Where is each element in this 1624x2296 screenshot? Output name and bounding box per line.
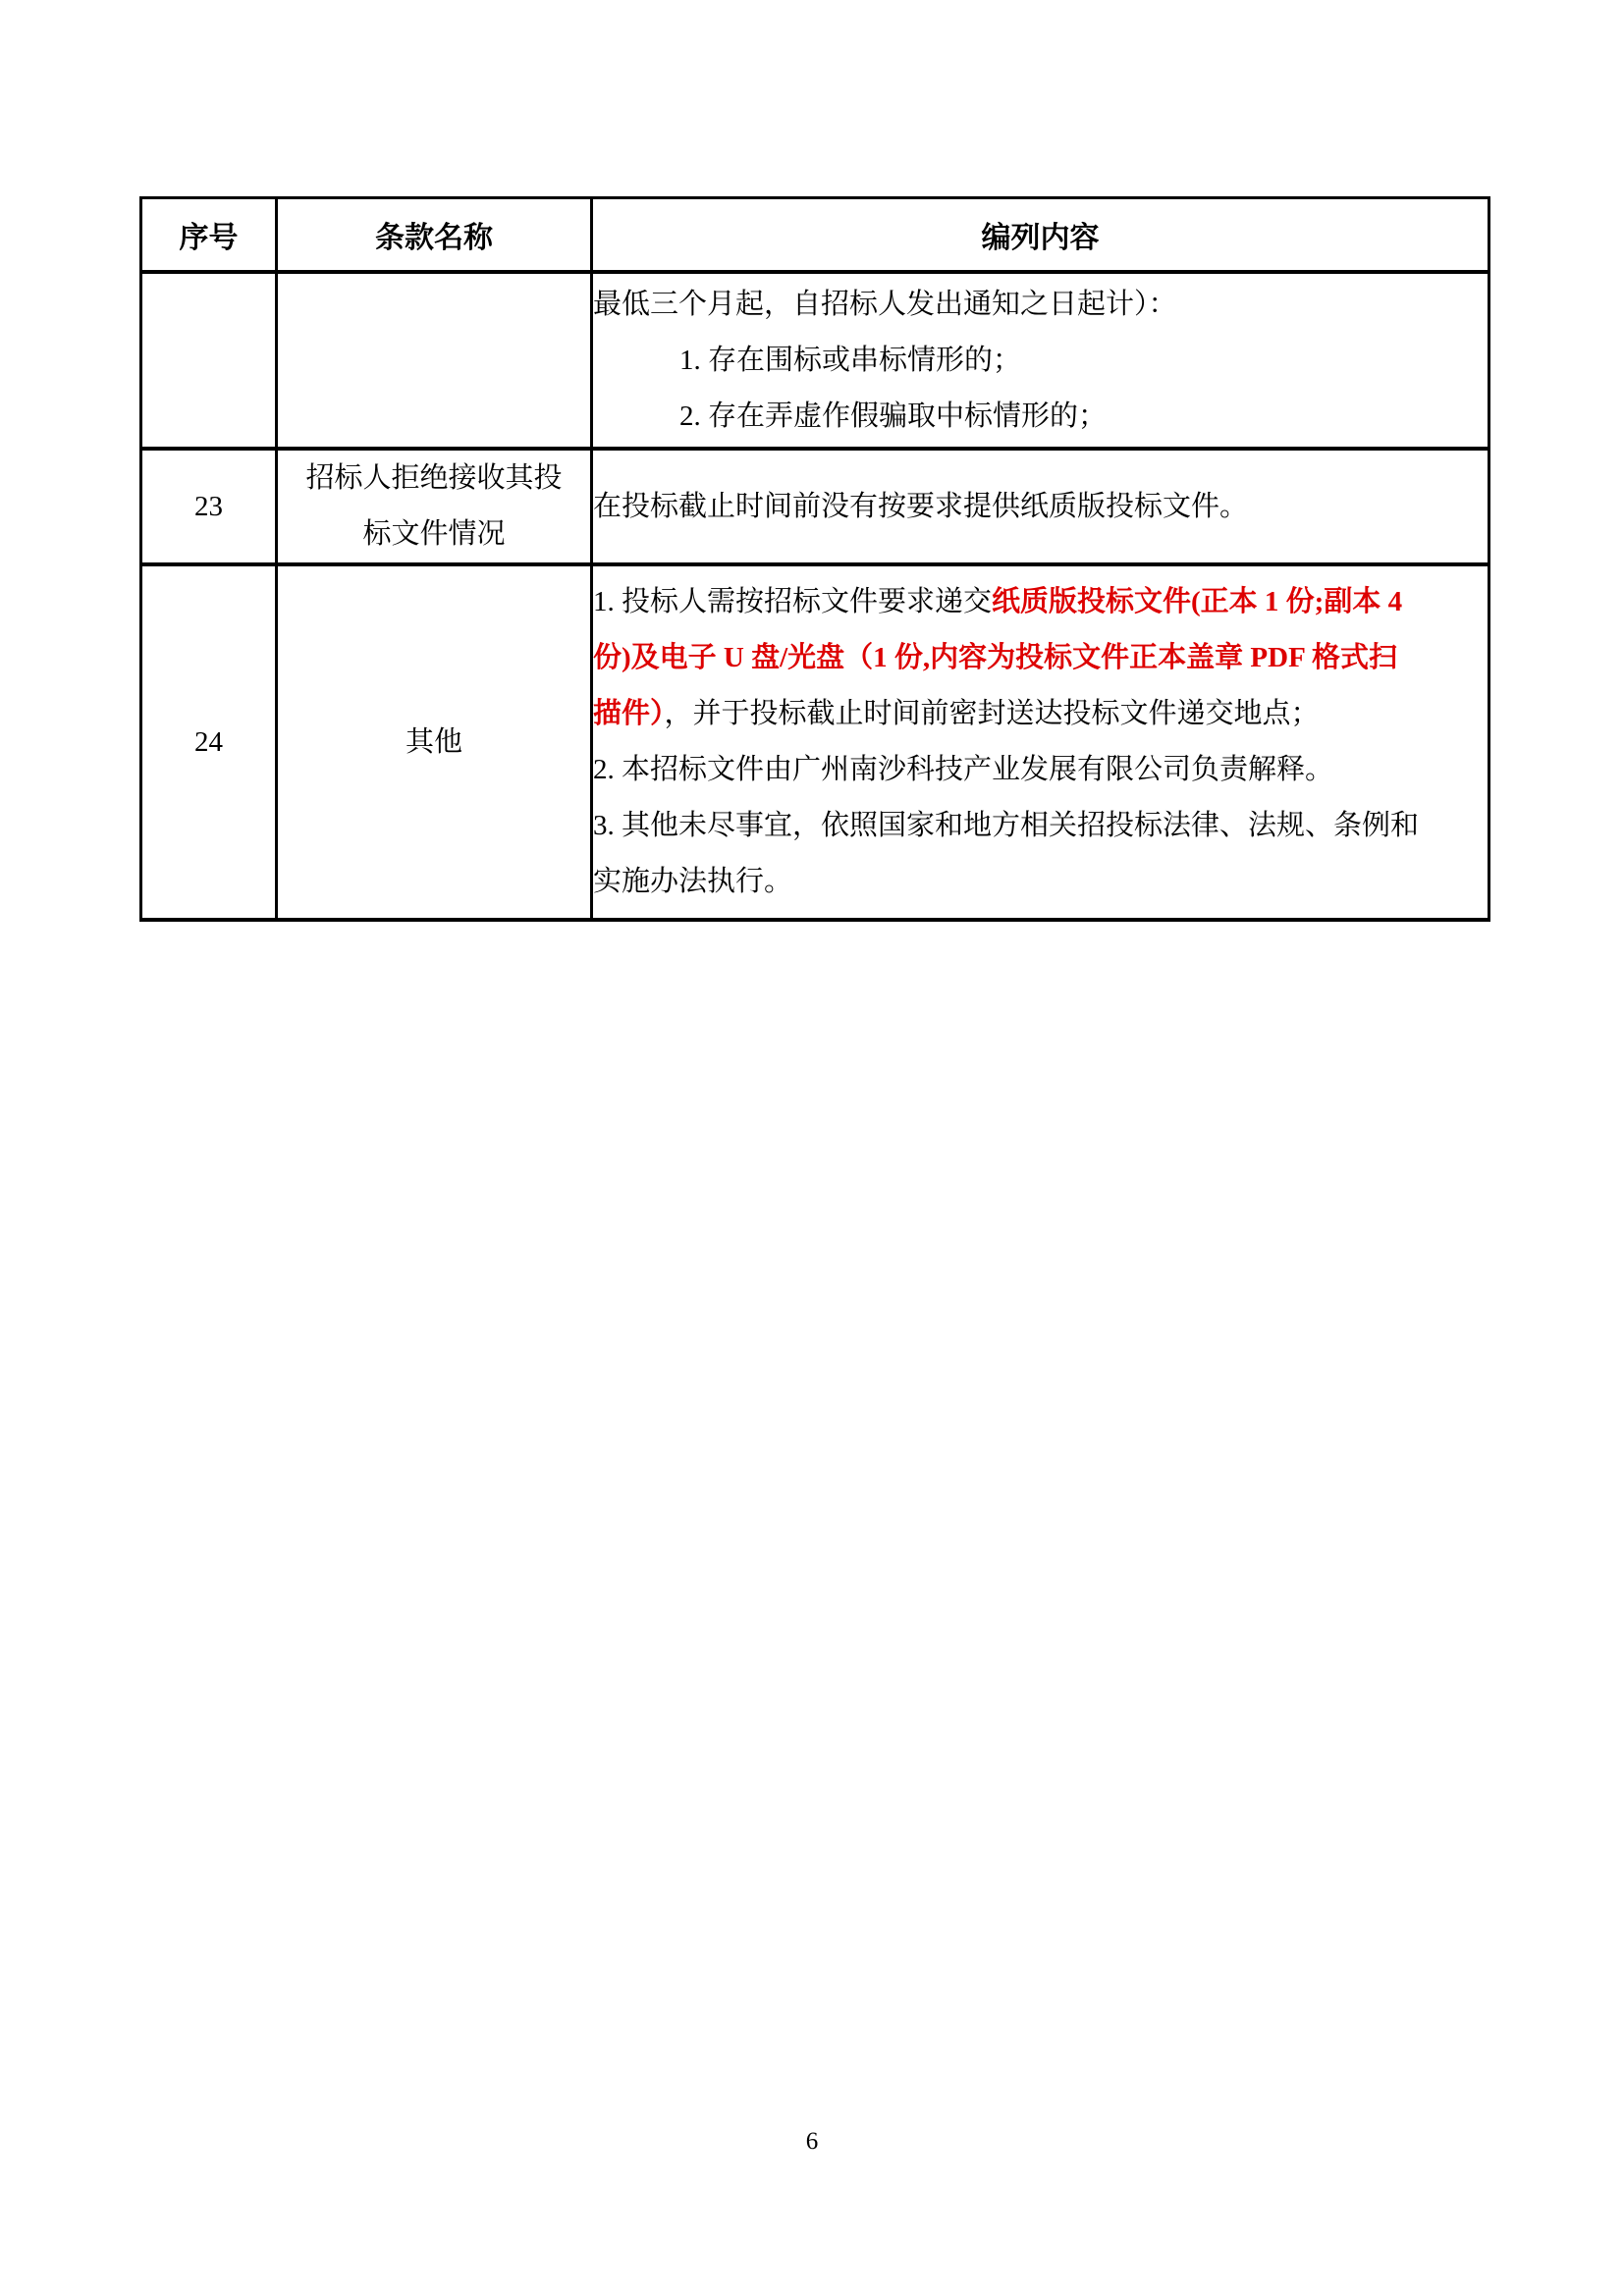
content-line: 3. 其他未尽事宜，依照国家和地方相关招投标法律、法规、条例和 [593, 798, 1488, 854]
clause-name-line: 标文件情况 [278, 507, 590, 562]
header-serial: 序号 [141, 198, 277, 273]
clauses-table: 序号 条款名称 编列内容 最低三个月起，自招标人发出通知之日起计）：1. 存在围… [139, 196, 1490, 922]
row-serial: 24 [141, 564, 277, 920]
content-text: 1. 投标人需按招标文件要求递交 [593, 586, 992, 617]
content-text: 2. 存在弄虚作假骗取中标情形的； [679, 400, 1107, 432]
highlighted-red-text: 份)及电子 U 盘/光盘（1 份,内容为投标文件正本盖章 PDF 格式扫 [593, 642, 1397, 673]
row-clause-name [277, 272, 592, 449]
table-header: 序号 条款名称 编列内容 [141, 198, 1489, 273]
content-text: 实施办法执行。 [593, 866, 792, 897]
content-text: 2. 本招标文件由广州南沙科技产业发展有限公司负责解释。 [593, 754, 1333, 785]
page-number: 6 [0, 2128, 1624, 2156]
content-text: 1. 存在围标或串标情形的； [679, 345, 1021, 376]
content-line: 2. 存在弄虚作假骗取中标情形的； [593, 389, 1488, 445]
content-text: 在投标截止时间前没有按要求提供纸质版投标文件。 [593, 491, 1248, 522]
clause-name-line: 招标人拒绝接收其投 [278, 451, 590, 507]
content-line: 1. 存在围标或串标情形的； [593, 333, 1488, 389]
highlighted-red-text: 纸质版投标文件(正本 1 份;副本 4 [992, 586, 1402, 617]
content-text: 3. 其他未尽事宜，依照国家和地方相关招投标法律、法规、条例和 [593, 810, 1419, 841]
table-header-row: 序号 条款名称 编列内容 [141, 198, 1489, 273]
row-clause-name: 其他 [277, 564, 592, 920]
header-clause-name: 条款名称 [277, 198, 592, 273]
table-row: 24其他1. 投标人需按招标文件要求递交纸质版投标文件(正本 1 份;副本 4份… [141, 564, 1489, 920]
content-text: 最低三个月起，自招标人发出通知之日起计）： [593, 289, 1177, 320]
content-line: 1. 投标人需按招标文件要求递交纸质版投标文件(正本 1 份;副本 4 [593, 574, 1488, 630]
content-line: 描件），并于投标截止时间前密封送达投标文件递交地点； [593, 686, 1488, 742]
highlighted-red-text: 描件） [593, 698, 665, 729]
table-row: 最低三个月起，自招标人发出通知之日起计）：1. 存在围标或串标情形的；2. 存在… [141, 272, 1489, 449]
header-content: 编列内容 [592, 198, 1489, 273]
content-line: 最低三个月起，自招标人发出通知之日起计）： [593, 277, 1488, 333]
table-body: 最低三个月起，自招标人发出通知之日起计）：1. 存在围标或串标情形的；2. 存在… [141, 272, 1489, 920]
row-serial [141, 272, 277, 449]
row-content: 1. 投标人需按招标文件要求递交纸质版投标文件(正本 1 份;副本 4份)及电子… [592, 564, 1489, 920]
row-content: 最低三个月起，自招标人发出通知之日起计）：1. 存在围标或串标情形的；2. 存在… [592, 272, 1489, 449]
clause-name-line: 其他 [278, 715, 590, 771]
table-row: 23招标人拒绝接收其投标文件情况在投标截止时间前没有按要求提供纸质版投标文件。 [141, 449, 1489, 564]
row-content: 在投标截止时间前没有按要求提供纸质版投标文件。 [592, 449, 1489, 564]
content-line: 在投标截止时间前没有按要求提供纸质版投标文件。 [593, 479, 1488, 535]
content-line: 2. 本招标文件由广州南沙科技产业发展有限公司负责解释。 [593, 742, 1488, 798]
content-line: 实施办法执行。 [593, 854, 1488, 910]
row-clause-name: 招标人拒绝接收其投标文件情况 [277, 449, 592, 564]
content-text: ，并于投标截止时间前密封送达投标文件递交地点； [665, 698, 1320, 729]
content-line: 份)及电子 U 盘/光盘（1 份,内容为投标文件正本盖章 PDF 格式扫 [593, 630, 1488, 686]
row-serial: 23 [141, 449, 277, 564]
